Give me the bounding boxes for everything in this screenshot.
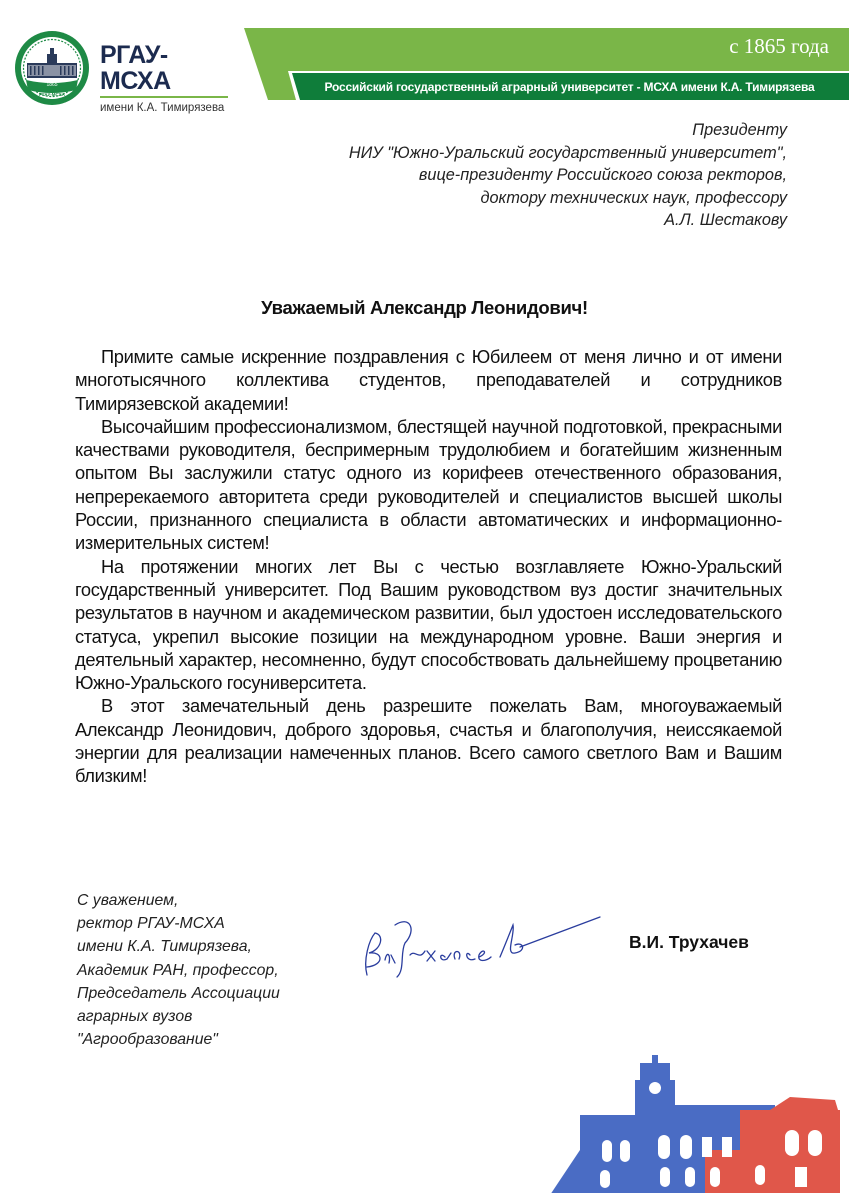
closing-line: имени К.А. Тимирязева,	[77, 935, 280, 958]
addressee-line: доктору технических наук, профессору	[349, 187, 787, 210]
addressee-line: Президенту	[349, 119, 787, 142]
letter-body: Примите самые искренние поздравления с Ю…	[75, 345, 782, 788]
logo-subtitle: имени К.А. Тимирязева	[100, 101, 232, 115]
svg-text:РГАУ-МСХА: РГАУ-МСХА	[39, 92, 65, 97]
logo-abbr: РГАУ-МСХА	[100, 42, 232, 94]
university-logo: РГАУ-МСХА имени К.А. Тимирязева	[100, 42, 232, 115]
founded-since: с 1865 года	[729, 34, 829, 59]
body-paragraph: На протяжении многих лет Вы с честью воз…	[75, 555, 782, 695]
salutation: Уважаемый Александр Леонидович!	[0, 297, 849, 319]
body-paragraph: В этот замечательный день разрешите поже…	[75, 694, 782, 787]
closing-block: С уважением, ректор РГАУ-МСХА имени К.А.…	[77, 889, 280, 1051]
body-paragraph: Примите самые искренние поздравления с Ю…	[75, 345, 782, 415]
addressee-block: Президенту НИУ "Южно-Уральский государст…	[349, 119, 787, 232]
logo-divider	[100, 96, 228, 98]
closing-line: "Агрообразование"	[77, 1028, 280, 1051]
body-paragraph: Высочайшим профессионализмом, блестящей …	[75, 415, 782, 555]
letterhead: 1865 РГАУ-МСХА РГАУ-МСХА имени К.А. Тими…	[0, 0, 849, 110]
svg-text:1865: 1865	[46, 82, 57, 88]
signer-name: В.И. Трухачев	[629, 932, 749, 953]
closing-line: С уважением,	[77, 889, 280, 912]
addressee-line: А.Л. Шестакову	[349, 209, 787, 232]
closing-line: ректор РГАУ-МСХА	[77, 912, 280, 935]
addressee-line: вице-президенту Российского союза ректор…	[349, 164, 787, 187]
university-building-illustration-icon	[540, 1055, 849, 1200]
closing-line: Председатель Ассоциации	[77, 982, 280, 1005]
university-full-name: Российский государственный аграрный унив…	[290, 73, 849, 101]
university-seal-icon: 1865 РГАУ-МСХА	[14, 30, 90, 106]
closing-line: аграрных вузов	[77, 1005, 280, 1028]
addressee-line: НИУ "Южно-Уральский государственный унив…	[349, 142, 787, 165]
handwritten-signature-icon	[355, 905, 605, 985]
closing-line: Академик РАН, профессор,	[77, 959, 280, 982]
